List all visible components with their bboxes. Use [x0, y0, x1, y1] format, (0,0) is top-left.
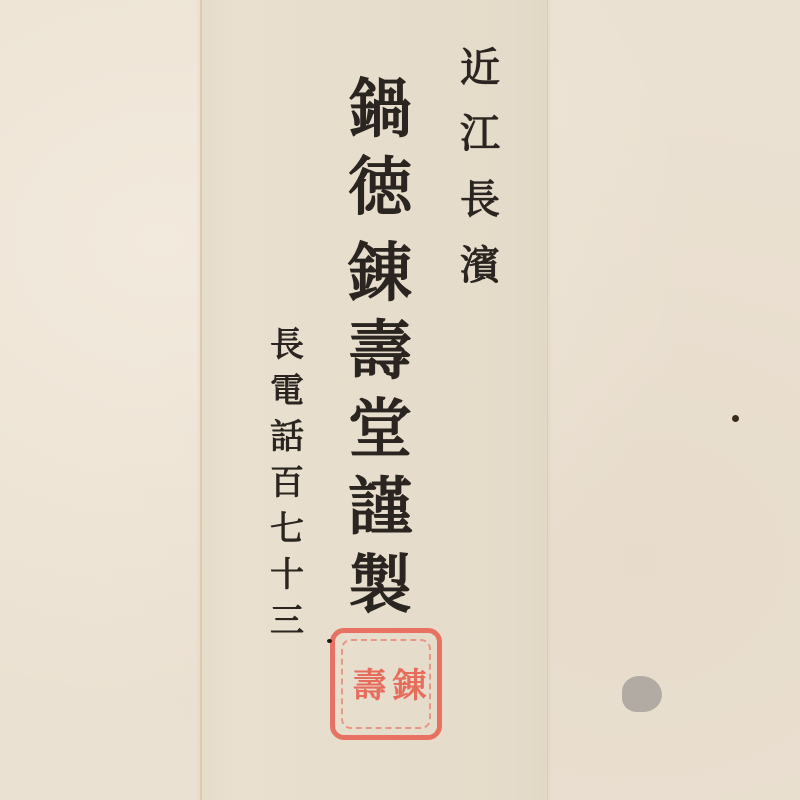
paper-stain — [622, 676, 662, 712]
red-seal-stamp: 壽 錬 — [330, 628, 442, 740]
phone-char: 七 — [270, 512, 304, 546]
phone-column: 長 電 話 百 七 十 三 — [262, 328, 312, 650]
maker-char: 鍋 — [348, 78, 412, 142]
phone-char: 三 — [270, 604, 304, 638]
phone-char: 十 — [270, 558, 304, 592]
seal-char: 錬 — [389, 667, 423, 701]
phone-char: 話 — [270, 420, 304, 454]
ink-dot — [327, 639, 332, 643]
maker-char: 錬 — [348, 242, 412, 306]
paper-speck — [732, 415, 739, 422]
maker-char: 謹 — [348, 476, 412, 540]
location-char: 江 — [460, 114, 500, 154]
phone-char: 電 — [270, 374, 304, 408]
maker-char: 壽 — [348, 320, 412, 384]
location-char: 近 — [460, 48, 500, 88]
seal-char: 壽 — [349, 667, 383, 701]
maker-char: 製 — [348, 554, 412, 618]
maker-char: 堂 — [348, 398, 412, 462]
location-char: 濱 — [460, 246, 500, 286]
maker-char: 徳 — [348, 156, 412, 220]
phone-char: 長 — [270, 328, 304, 362]
location-char: 長 — [460, 180, 500, 220]
maker-column: 鍋 徳 錬 壽 堂 謹 製 — [340, 78, 420, 632]
phone-char: 百 — [270, 466, 304, 500]
location-column: 近 江 長 濱 — [455, 48, 505, 312]
